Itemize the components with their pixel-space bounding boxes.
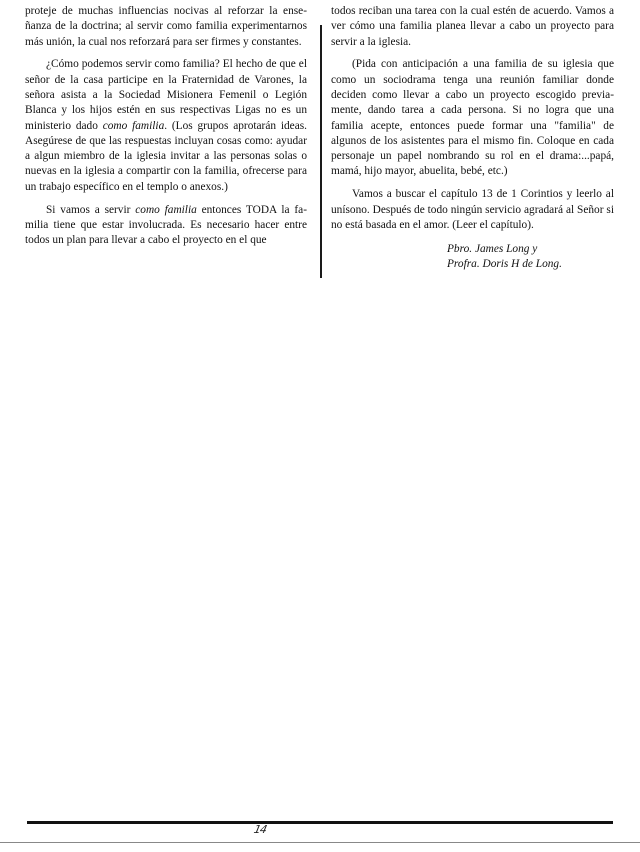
signature-block: Pbro. James Long y Profra. Doris H de Lo… — [447, 242, 562, 273]
footer-rule — [27, 821, 613, 824]
emphasis-text: como familia — [135, 204, 197, 216]
paragraph: todos reciban una tarea con la cual esté… — [331, 4, 614, 50]
page-edge-line — [0, 842, 640, 843]
left-column: proteje de muchas influencias nocivas al… — [25, 4, 307, 256]
paragraph: Si vamos a servir como familia entonces … — [25, 203, 307, 249]
text-run: Si vamos a servir — [46, 204, 135, 216]
page-number: 14 — [253, 823, 268, 836]
column-divider — [320, 25, 322, 278]
signature-line: Profra. Doris H de Long. — [447, 257, 562, 272]
paragraph: proteje de muchas influencias nocivas al… — [25, 4, 307, 50]
paragraph: Vamos a buscar el capítulo 13 de 1 Corin… — [331, 187, 614, 233]
paragraph: (Pida con anticipación a una familia de … — [331, 57, 614, 179]
signature-line: Pbro. James Long y — [447, 242, 562, 257]
right-column: todos reciban una tarea con la cual esté… — [331, 4, 614, 241]
paragraph: ¿Cómo podemos servir como familia? El he… — [25, 57, 307, 195]
emphasis-text: como familia — [103, 120, 165, 132]
